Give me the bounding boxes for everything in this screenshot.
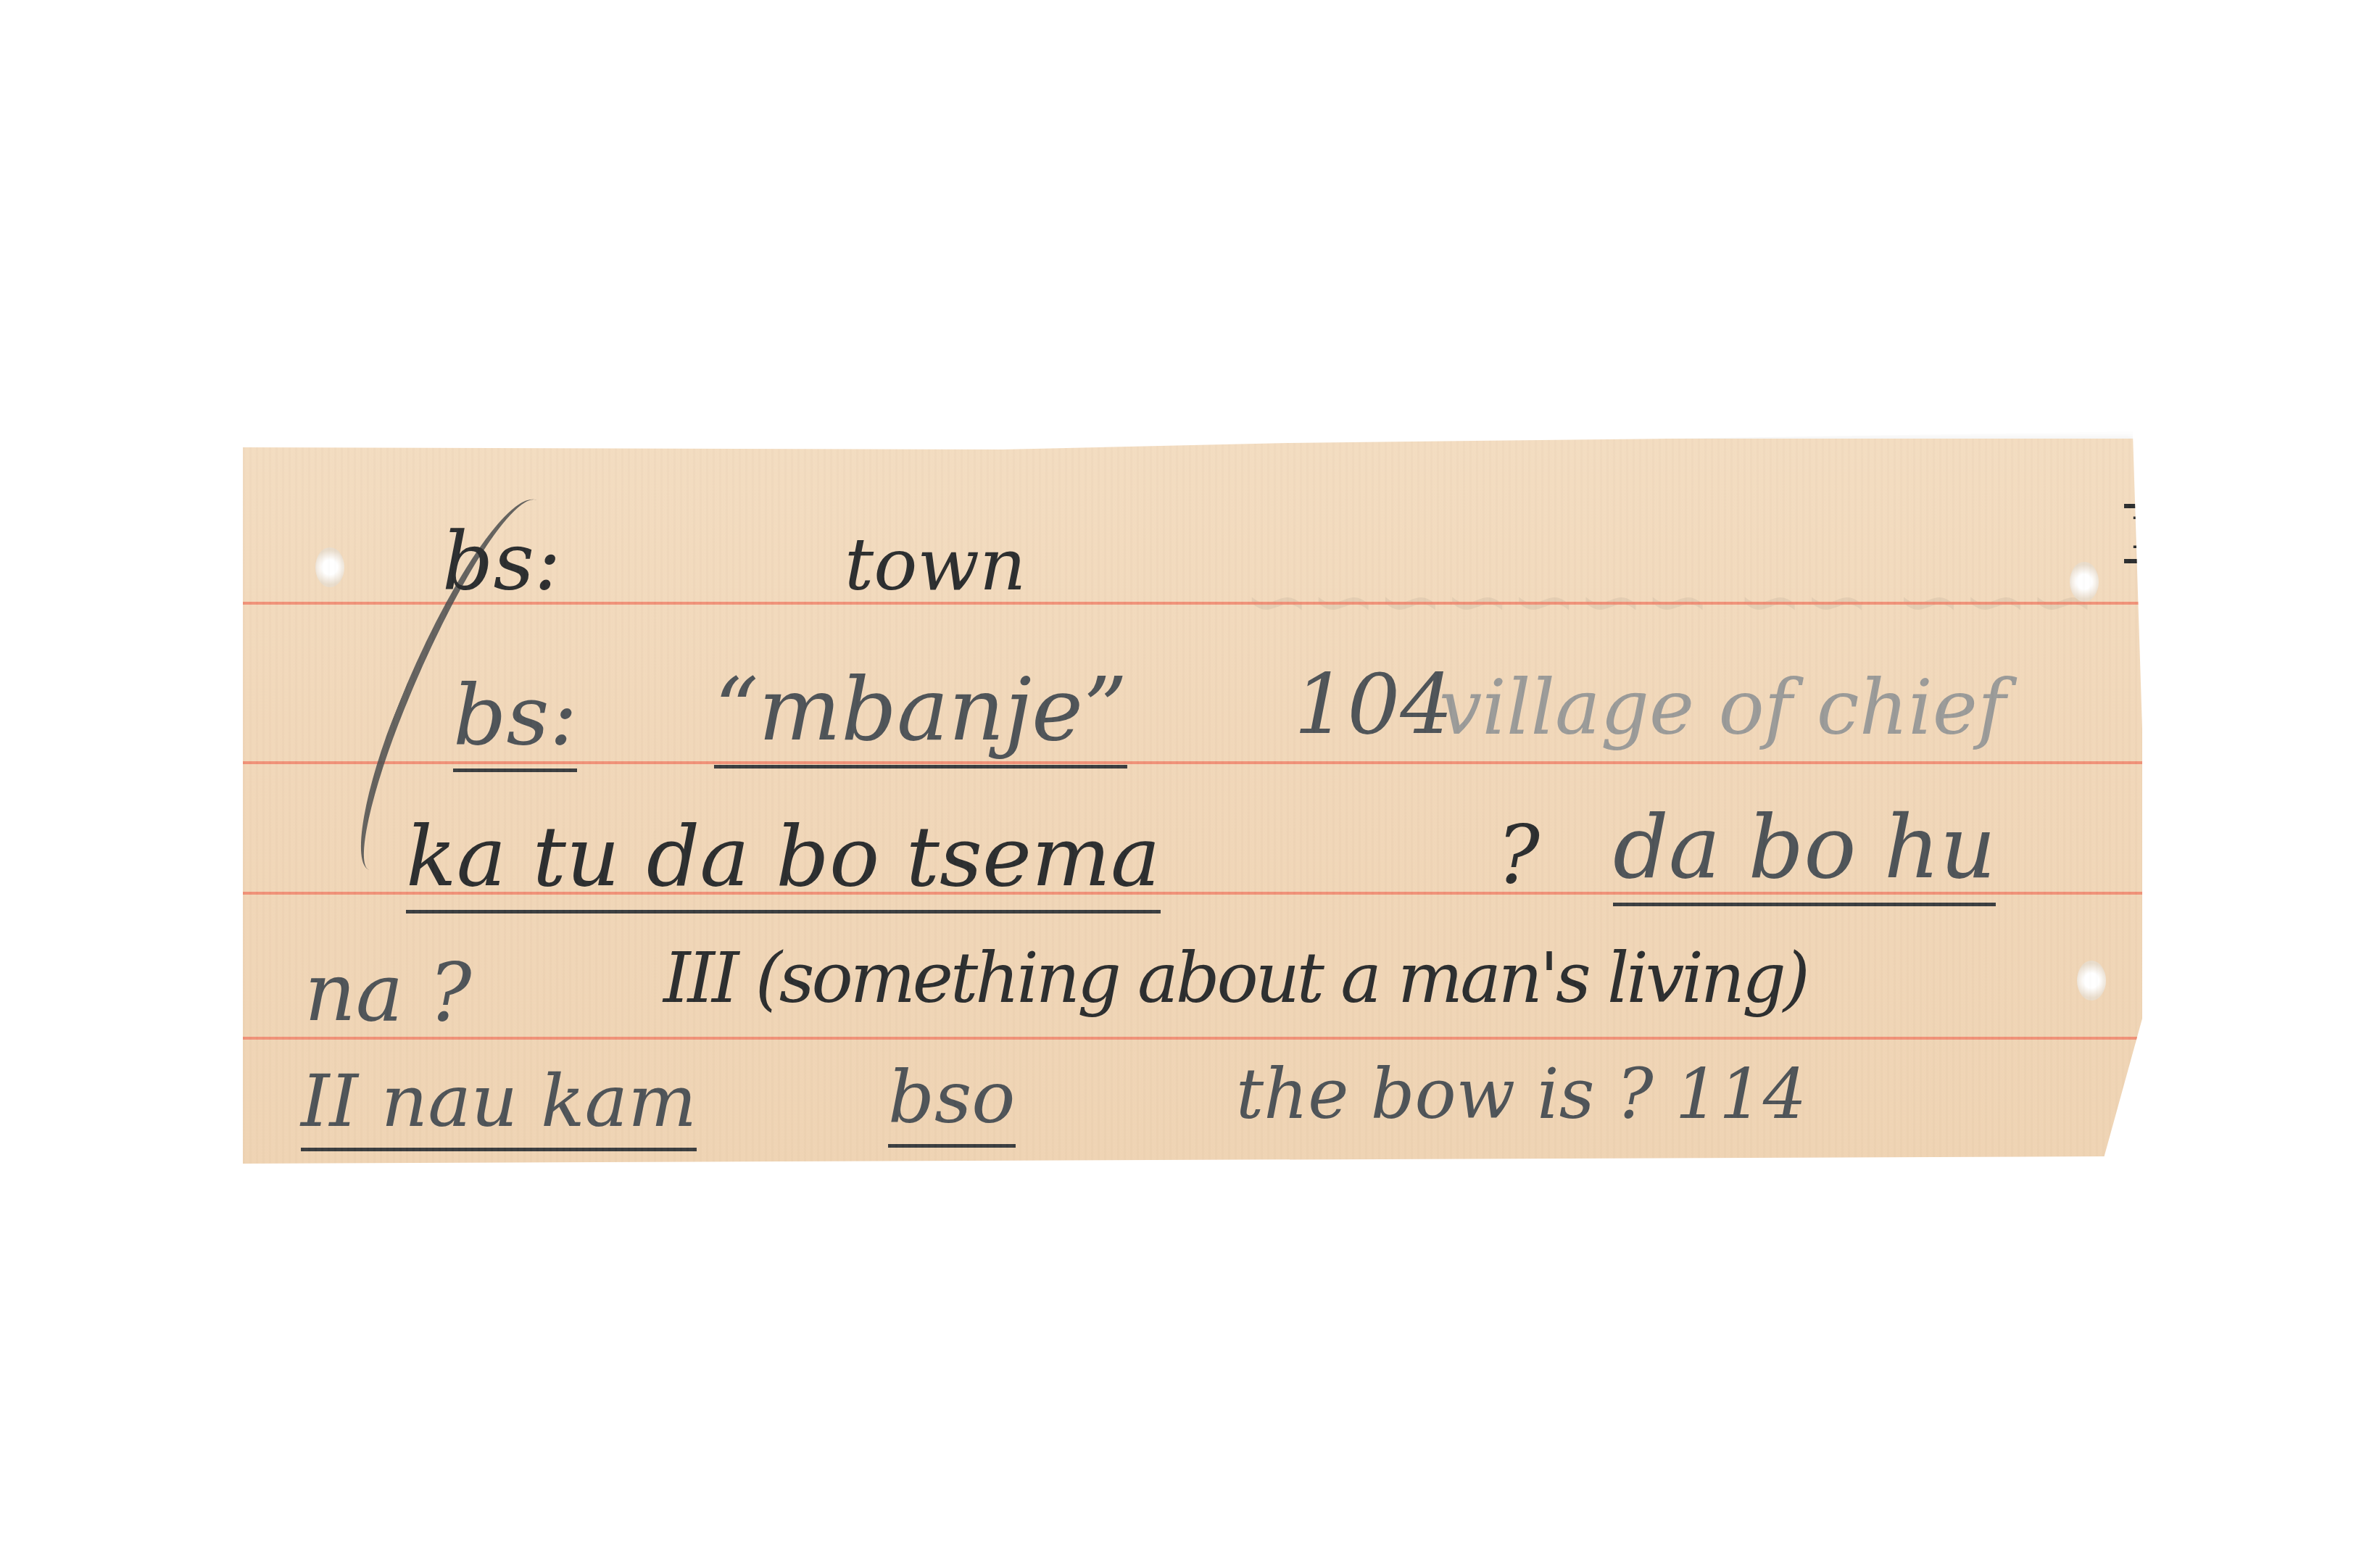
line2-pencil-gloss: village of chief bbox=[1439, 663, 2006, 752]
line5-gloss: the bow is ? 114 bbox=[1236, 1055, 1807, 1135]
ruled-line bbox=[243, 1037, 2142, 1040]
show-through-text: ~~~ ~~ ~~~~~~~ bbox=[1243, 555, 2096, 647]
line3-phrase-2: da bo hu bbox=[1613, 797, 1996, 906]
line3-question: ? bbox=[1497, 808, 1540, 901]
paper-hole bbox=[2070, 562, 2099, 602]
line1-label: bs: bbox=[442, 515, 561, 608]
page-marker: IX bbox=[2124, 504, 2193, 563]
line4-start: na ? bbox=[304, 946, 471, 1039]
line1-word: town bbox=[845, 522, 1026, 607]
line5-phrase: II nau kam bbox=[301, 1058, 697, 1151]
line2-term: “mbanje” bbox=[714, 660, 1127, 768]
paper-hole bbox=[2077, 961, 2106, 1000]
line2-label: bs: bbox=[453, 667, 577, 772]
paper-hole bbox=[315, 547, 344, 587]
note-card: ~~~ ~~ ~~~~~~~ IX bs: town bs: “mbanje” … bbox=[243, 439, 2142, 1164]
line4-note: III (something about a man's living) bbox=[663, 939, 1807, 1019]
line2-number: 104 bbox=[1294, 656, 1454, 753]
line3-phrase: ka tu da bo tsema bbox=[406, 808, 1161, 913]
line5-word: bso bbox=[888, 1055, 1016, 1148]
